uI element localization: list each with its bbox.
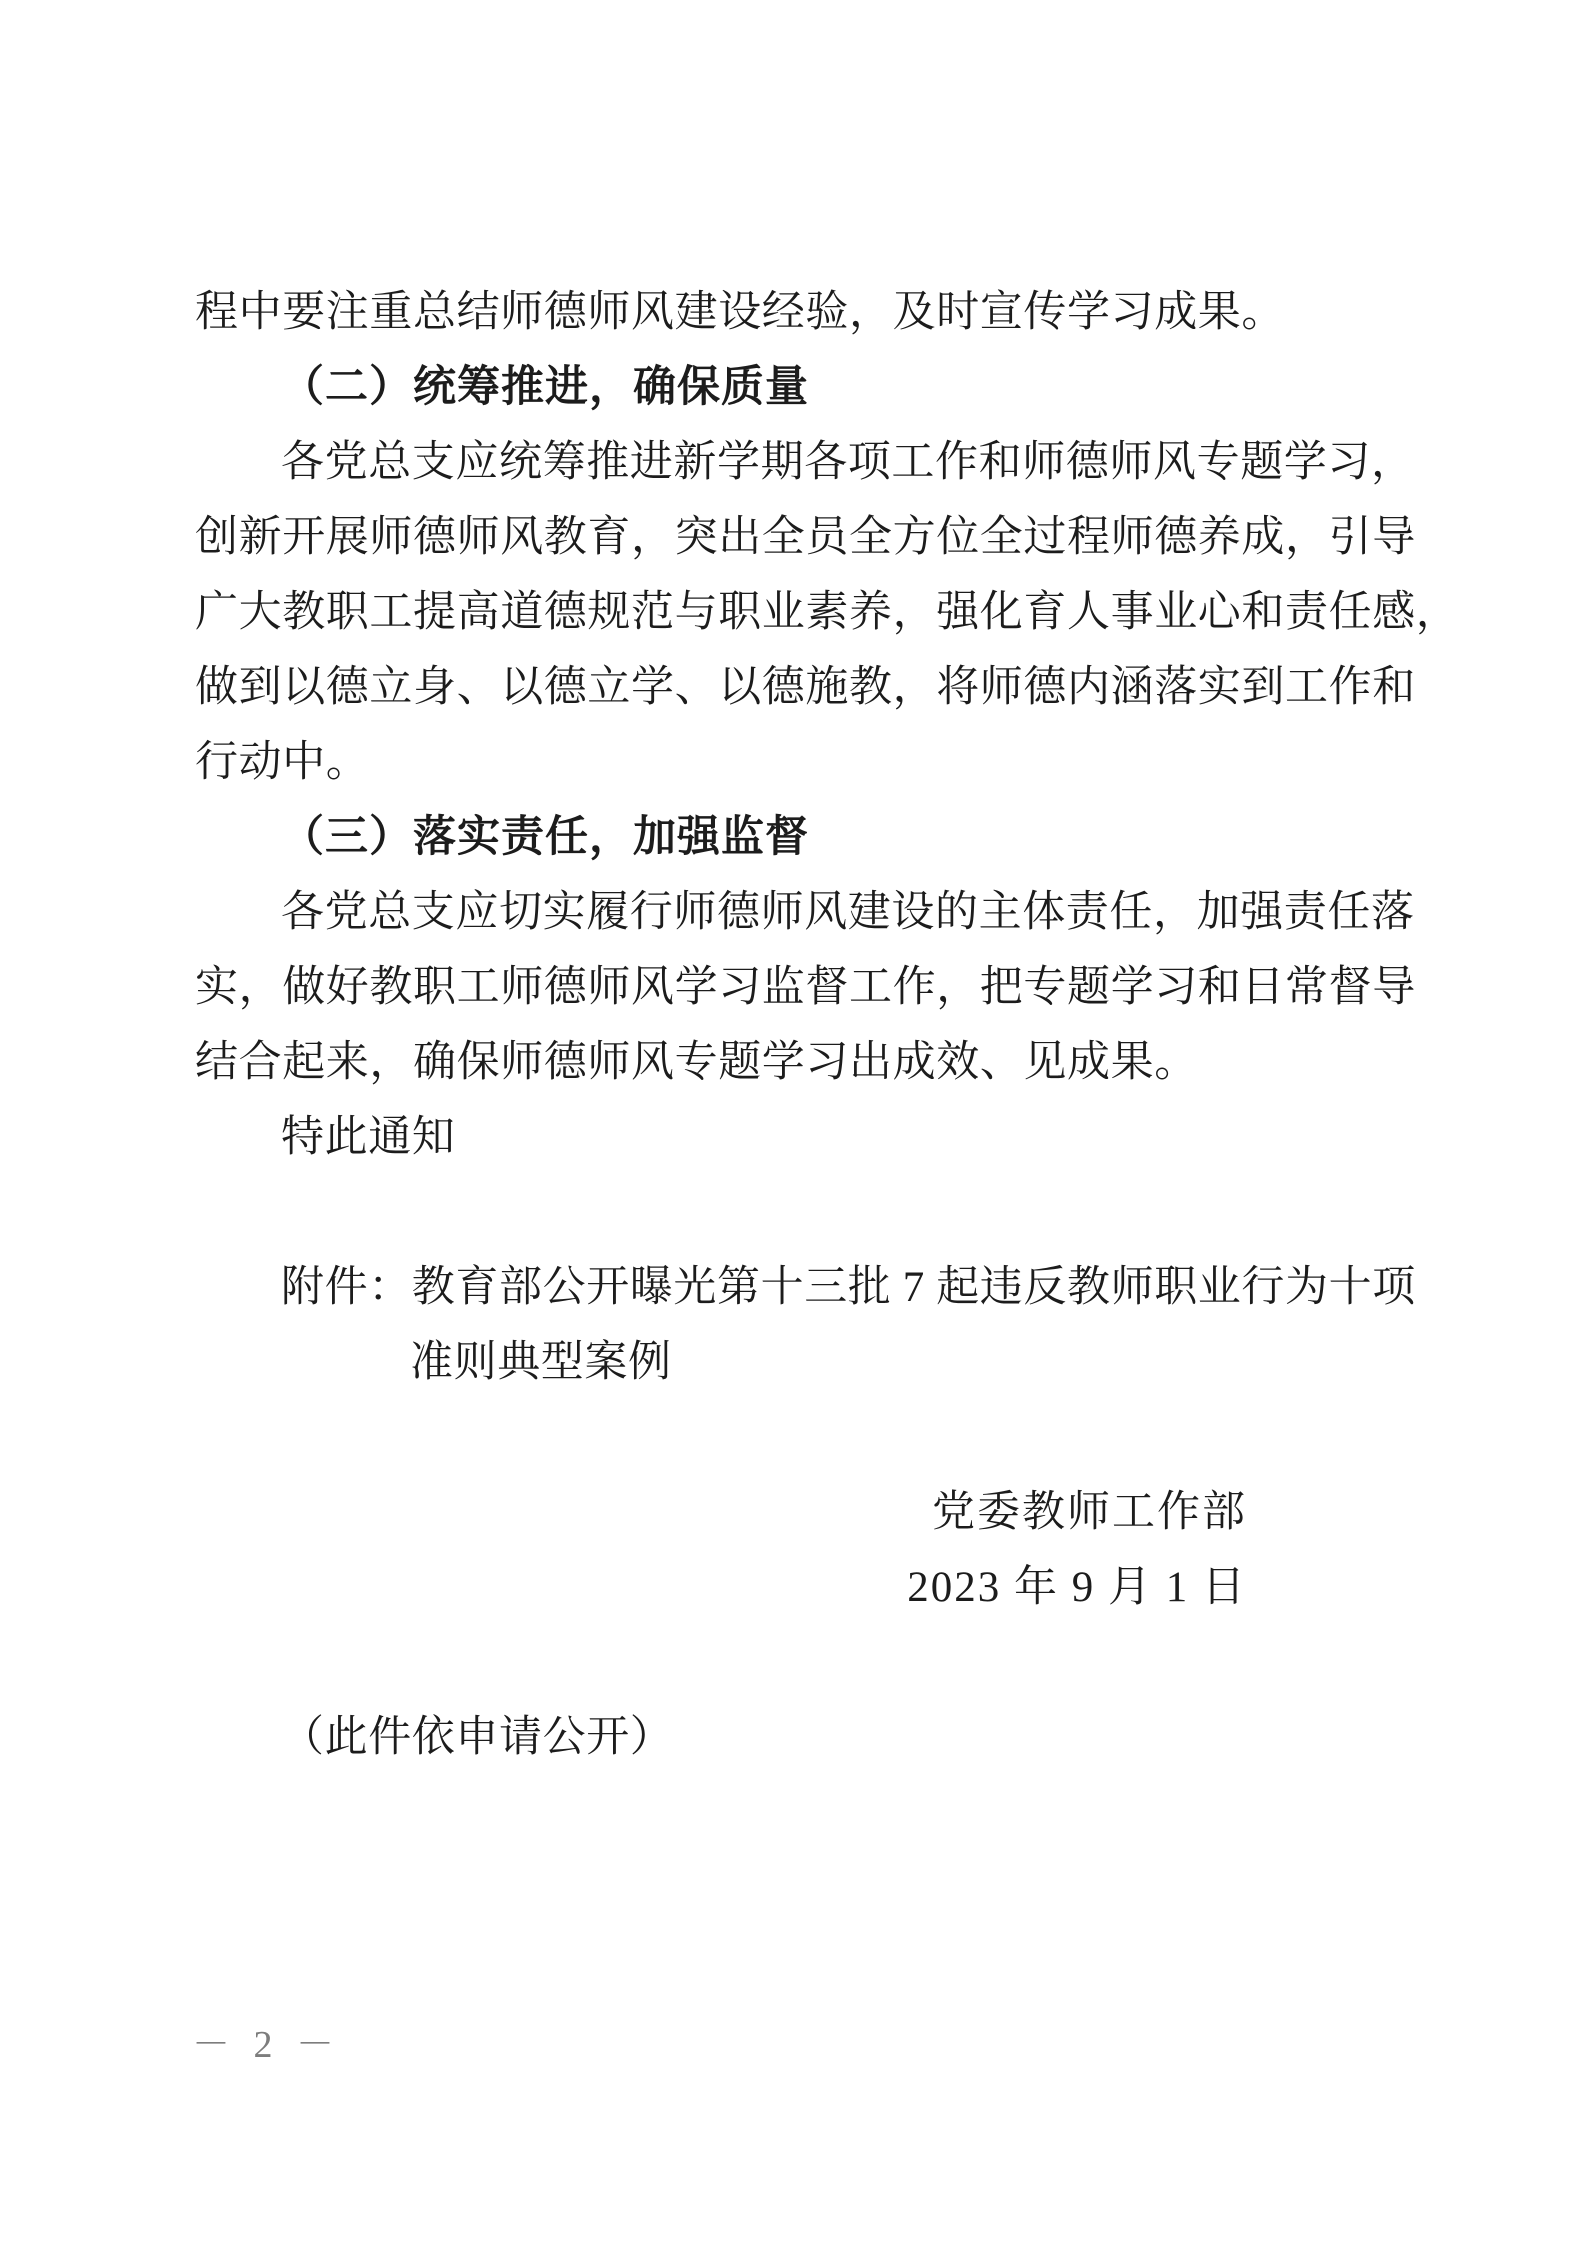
section-heading-3: （三）落实责任，加强监督 [195,800,1417,875]
paragraph-2-line-4: 做到以德立身、以德立学、以德施教，将师德内涵落实到工作和 [195,650,1417,725]
section-heading-2: （二）统筹推进，确保质量 [195,350,1417,425]
blank-line [195,1400,1417,1475]
document-body: 程中要注重总结师德师风建设经验，及时宣传学习成果。 （二）统筹推进，确保质量 各… [195,275,1417,1775]
paragraph-2-line-2: 创新开展师德师风教育，突出全员全方位全过程师德养成，引导 [195,500,1417,575]
blank-line [195,1175,1417,1250]
page-number: － 2 － [192,2018,341,2072]
paragraph-1-continuation-line: 程中要注重总结师德师风建设经验，及时宣传学习成果。 [195,275,1417,350]
paragraph-2-line-5: 行动中。 [195,725,1417,800]
signature-department: 党委教师工作部 [195,1475,1417,1550]
disclosure-note: （此件依申请公开） [195,1700,1417,1775]
document-page: 程中要注重总结师德师风建设经验，及时宣传学习成果。 （二）统筹推进，确保质量 各… [0,0,1587,2245]
attachment-line-2: 准则典型案例 [195,1325,1417,1400]
paragraph-3-line-3: 结合起来，确保师德师风专题学习出成效、见成果。 [195,1025,1417,1100]
blank-line [195,1625,1417,1700]
paragraph-3-line-1: 各党总支应切实履行师德师风建设的主体责任，加强责任落 [195,875,1417,950]
closing-statement: 特此通知 [195,1100,1417,1175]
signature-date: 2023 年 9 月 1 日 [195,1550,1417,1625]
paragraph-2-line-3: 广大教职工提高道德规范与职业素养，强化育人事业心和责任感， [195,575,1417,650]
paragraph-2-line-1: 各党总支应统筹推进新学期各项工作和师德师风专题学习， [195,425,1417,500]
attachment-line-1: 附件：教育部公开曝光第十三批 7 起违反教师职业行为十项 [195,1250,1417,1325]
paragraph-3-line-2: 实，做好教职工师德师风学习监督工作，把专题学习和日常督导 [195,950,1417,1025]
